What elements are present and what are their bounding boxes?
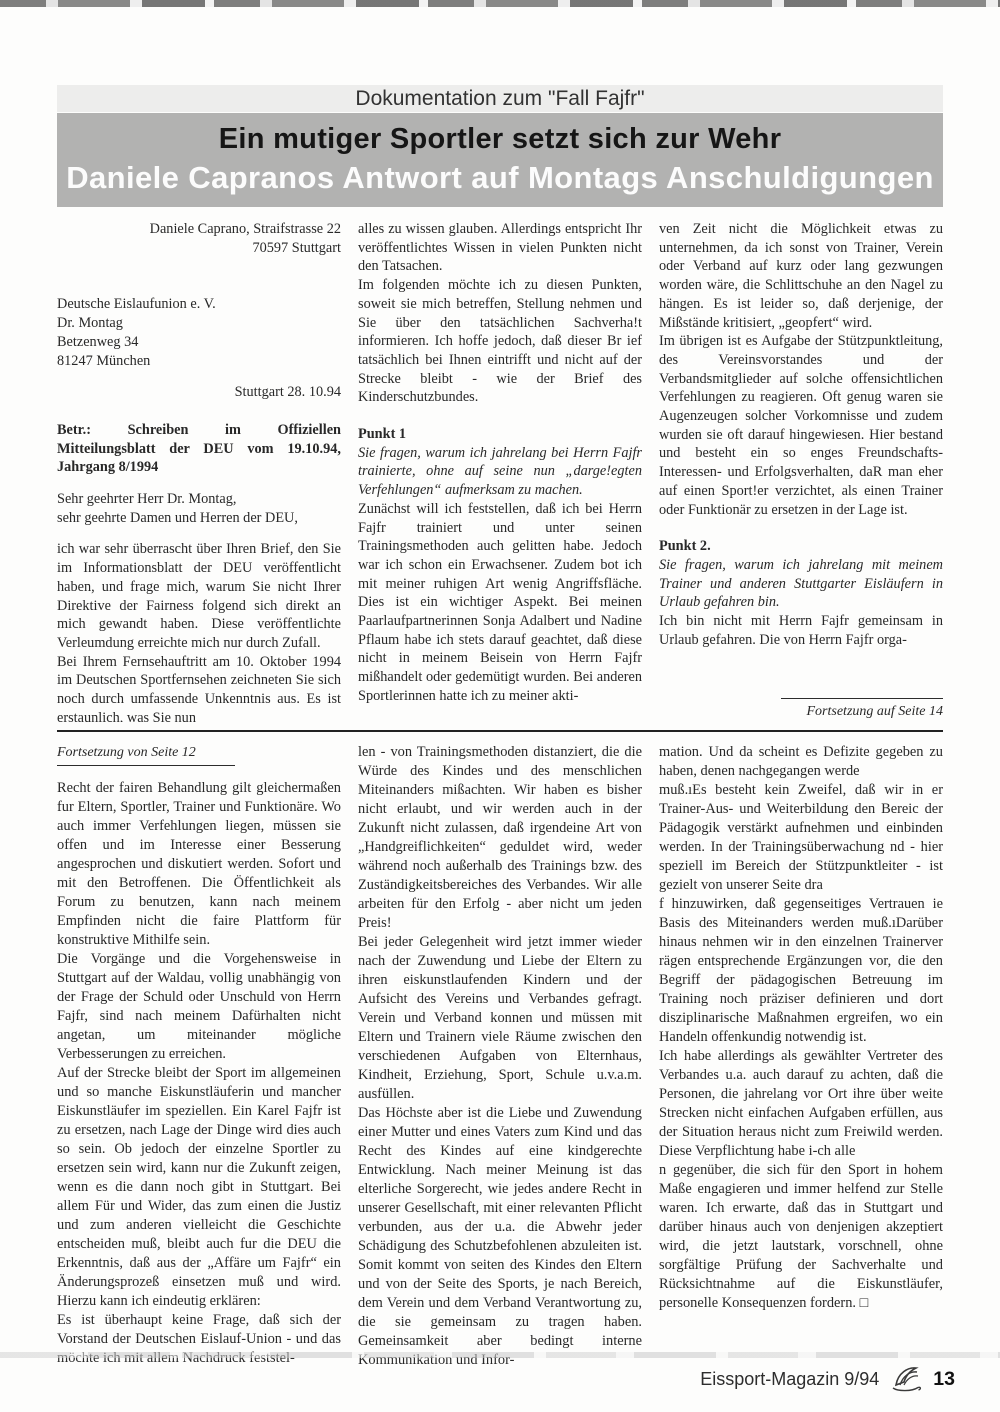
column-3-bottom: mation. Und da scheint es Defizite gegeb… — [659, 743, 943, 1370]
salutation-line: Sehr geehrter Herr Dr. Montag, — [57, 490, 341, 509]
sender-address-line: 70597 Stuttgart — [57, 239, 341, 258]
punkt-1-question: Sie fragen, warum ich jahrelang bei Herr… — [358, 444, 642, 500]
magazine-page: Dokumentation zum "Fall Fajfr" Ein mutig… — [0, 0, 1000, 1412]
body-paragraph: Recht der fairen Behandlung gilt gleiche… — [57, 779, 341, 950]
body-paragraph: len - von Trainingsmethoden distanziert,… — [358, 743, 642, 933]
continued-from-note: Fortsetzung von Seite 12 — [57, 743, 235, 766]
body-paragraph: alles zu wissen glauben. Allerdings ents… — [358, 220, 642, 276]
body-paragraph: Ich bin nicht mit Herrn Fajfr gemeinsam … — [659, 612, 943, 649]
eissport-logo-icon — [888, 1364, 924, 1394]
body-paragraph: ven Zeit nicht die Möglichkeit etwas zu … — [659, 220, 943, 332]
body-paragraph: ich war sehr überrascht über Ihren Brief… — [57, 540, 341, 652]
recipient-line: 81247 München — [57, 352, 341, 371]
kicker-text: Dokumentation zum "Fall Fajfr" — [355, 87, 644, 111]
body-paragraph: n gegenüber, die sich für den Sport in h… — [659, 1161, 943, 1313]
column-1-top: Daniele Caprano, Straifstrasse 22 70597 … — [57, 220, 341, 722]
article-header: Dokumentation zum "Fall Fajfr" Ein mutig… — [57, 85, 943, 207]
column-1-bottom: Fortsetzung von Seite 12 Recht der faire… — [57, 743, 341, 1370]
continuation-note: Fortsetzung auf Seite 14 — [781, 698, 943, 722]
headline: Ein mutiger Sportler setzt sich zur Wehr — [57, 123, 943, 156]
salutation-line: sehr geehrte Damen und Herren der DEU, — [57, 509, 341, 528]
letter-bottom-section: Fortsetzung von Seite 12 Recht der faire… — [57, 743, 943, 1370]
subheadline: Daniele Capranos Antwort auf Montags Ans… — [57, 160, 943, 196]
column-3-top: ven Zeit nicht die Möglichkeit etwas zu … — [659, 220, 943, 722]
body-paragraph: muß.ıEs besteht kein Zweifel, daß wir in… — [659, 781, 943, 895]
page-footer: Eissport-Magazin 9/94 13 — [700, 1364, 955, 1394]
scan-artifact-top — [0, 0, 1000, 7]
body-paragraph: Ich habe allerdings als gewählter Vertre… — [659, 1047, 943, 1161]
recipient-line: Deutsche Eislaufunion e. V. — [57, 295, 341, 314]
body-paragraph: Bei Ihrem Fernsehauftritt am 10. Oktober… — [57, 653, 341, 722]
body-paragraph: Es ist überhaupt keine Frage, daß sich d… — [57, 1311, 341, 1368]
body-paragraph: Im folgenden möchte ich zu diesen Punkte… — [358, 276, 642, 407]
punkt-2-question: Sie fragen, warum ich jahrelang mit mein… — [659, 556, 943, 612]
recipient-line: Betzenweg 34 — [57, 333, 341, 352]
scan-artifact-footer — [0, 1352, 1000, 1358]
page-content: Dokumentation zum "Fall Fajfr" Ein mutig… — [57, 85, 943, 1370]
body-paragraph: Die Vorgänge und die Vorgehensweise in S… — [57, 950, 341, 1064]
page-number: 13 — [933, 1368, 955, 1391]
letter-top-section: Daniele Caprano, Straifstrasse 22 70597 … — [57, 220, 943, 722]
section-divider — [57, 730, 943, 732]
dateline: Stuttgart 28. 10.94 — [57, 383, 341, 402]
body-paragraph: Zunächst will ich feststellen, daß ich b… — [358, 500, 642, 706]
magazine-name: Eissport-Magazin 9/94 — [700, 1369, 879, 1390]
body-paragraph: f hinzuwirken, daß gegenseitiges Vertrau… — [659, 895, 943, 1047]
column-2-top: alles zu wissen glauben. Allerdings ents… — [358, 220, 642, 722]
kicker-bar: Dokumentation zum "Fall Fajfr" — [57, 85, 943, 112]
sender-address-line: Daniele Caprano, Straifstrasse 22 — [57, 220, 341, 239]
subject-line: Betr.: Schreiben im Offiziellen Mitteilu… — [57, 421, 341, 477]
column-2-bottom: len - von Trainingsmethoden distanziert,… — [358, 743, 642, 1370]
punkt-1-heading: Punkt 1 — [358, 425, 642, 444]
body-paragraph: Auf der Strecke bleibt der Sport im allg… — [57, 1064, 341, 1311]
body-paragraph: Das Höchste aber ist die Liebe und Zuwen… — [358, 1104, 642, 1370]
body-paragraph: Im übrigen ist es Aufgabe der Stützpunkt… — [659, 332, 943, 519]
punkt-2-heading: Punkt 2. — [659, 537, 943, 556]
body-paragraph: mation. Und da scheint es Defizite gegeb… — [659, 743, 943, 781]
body-paragraph: Bei jeder Gelegenheit wird jetzt immer w… — [358, 933, 642, 1104]
headline-block: Ein mutiger Sportler setzt sich zur Wehr… — [57, 113, 943, 207]
recipient-line: Dr. Montag — [57, 314, 341, 333]
